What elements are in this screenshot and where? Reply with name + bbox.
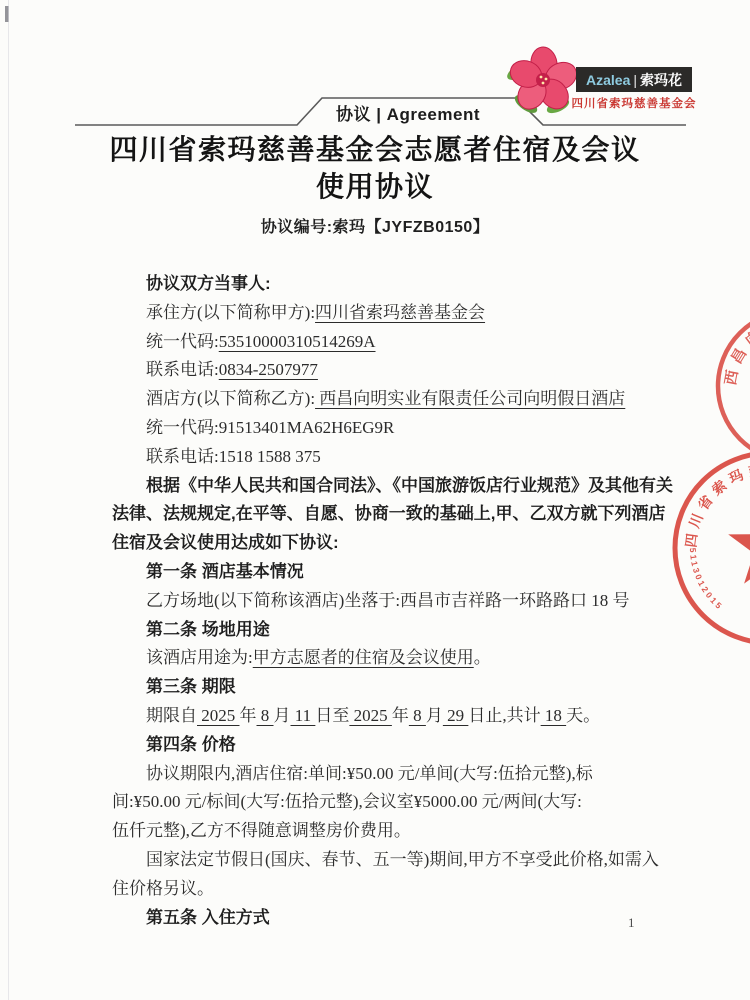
filled-blank: 18 xyxy=(541,706,567,725)
document-body: 协议双方当事人:承住方(以下简称甲方):四川省索玛慈善基金会统一代码:53510… xyxy=(112,270,666,932)
filled-blank: 53510000310514269A xyxy=(219,332,376,351)
body-line: 该酒店用途为:甲方志愿者的住宿及会议使用。 xyxy=(112,644,666,673)
foundation-seal-text: 四川省索玛慈善基金会 xyxy=(682,460,750,548)
filled-blank: 8 xyxy=(409,706,426,725)
body-text: 承住方(以下简称甲方): xyxy=(146,303,315,322)
body-line: 酒店方(以下简称乙方): 西昌向明实业有限责任公司向明假日酒店 xyxy=(112,385,666,414)
body-text: 住价格另议。 xyxy=(112,879,214,898)
body-line: 第二条 场地用途 xyxy=(112,616,666,645)
filled-blank: 8 xyxy=(257,706,274,725)
hotel-company-seal: 西昌向明实业有限责任公司 xyxy=(718,311,750,461)
body-line: 联系电话:0834-2507977 xyxy=(112,356,666,385)
seal-star-icon xyxy=(728,504,750,584)
body-line: 第三条 期限 xyxy=(112,673,666,702)
svg-text:5113012015: 5113012015 xyxy=(688,548,726,613)
logo-divider: | xyxy=(633,72,637,88)
body-line: 联系电话:1518 1588 375 xyxy=(112,443,666,472)
filled-blank: 2025 xyxy=(197,706,240,725)
body-line: 期限自 2025 年 8 月 11 日至 2025 年 8 月 29 日止,共计… xyxy=(112,702,666,731)
body-line: 住价格另议。 xyxy=(112,875,666,904)
body-line: 协议双方当事人: xyxy=(112,270,666,299)
svg-text:四川省索玛慈善基金会: 四川省索玛慈善基金会 xyxy=(682,460,750,548)
body-text: 期限自 xyxy=(146,706,197,725)
agreement-number: 协议编号:索玛【JYFZB0150】 xyxy=(0,214,750,237)
filled-blank: 西昌向明实业有限责任公司向明假日酒店 xyxy=(315,389,625,408)
body-text: 第三条 期限 xyxy=(146,677,236,696)
agreement-number-value: 索玛【JYFZB0150】 xyxy=(333,219,490,236)
hotel-seal-text: 西昌向明实业有限责任公司 xyxy=(722,314,750,454)
body-text: 协议双方当事人: xyxy=(146,274,271,293)
body-line: 第五条 入住方式 xyxy=(112,904,666,933)
filled-blank: 四川省索玛慈善基金会 xyxy=(315,303,485,322)
body-text: 日至 xyxy=(315,706,349,725)
filled-blank: 11 xyxy=(291,706,316,725)
filled-blank: 2025 xyxy=(349,706,392,725)
logo-brand-cn: 索玛花 xyxy=(640,70,682,90)
logo-org-name: 四川省索玛慈善基金会 xyxy=(570,95,698,111)
body-text: 国家法定节假日(国庆、春节、五一等)期间,甲方不享受此价格,如需入 xyxy=(146,850,659,869)
body-text: 日止,共计 xyxy=(468,706,540,725)
body-text: 第四条 价格 xyxy=(146,735,236,754)
document-title-line1: 四川省索玛慈善基金会志愿者住宿及会议 xyxy=(55,131,695,168)
body-text: 年 xyxy=(392,706,409,725)
body-line: 承住方(以下简称甲方):四川省索玛慈善基金会 xyxy=(112,299,666,328)
body-line: 法律、法规规定,在平等、自愿、协商一致的基础上,甲、乙双方就下列酒店 xyxy=(112,500,666,529)
svg-text:西昌向明实业有限责任公司: 西昌向明实业有限责任公司 xyxy=(722,314,750,454)
body-text: 统一代码: xyxy=(146,332,219,351)
body-text: 酒店方(以下简称乙方): xyxy=(146,389,315,408)
body-text: 第二条 场地用途 xyxy=(146,620,270,639)
foundation-seal: 四川省索玛慈善基金会 5113012015 xyxy=(675,453,750,643)
body-line: 乙方场地(以下简称该酒店)坐落于:西昌市吉祥路一环路路口 18 号 xyxy=(112,587,666,616)
body-text: 月 xyxy=(274,706,291,725)
body-text: 该酒店用途为: xyxy=(146,648,253,667)
foundation-seal-code: 5113012015 xyxy=(688,548,726,613)
body-text: 伍仟元整),乙方不得随意调整房价费用。 xyxy=(112,821,411,840)
filled-blank: 0834-2507977 xyxy=(219,360,318,379)
page-number: 1 xyxy=(628,915,635,931)
body-line: 统一代码:53510000310514269A xyxy=(112,328,666,357)
body-line: 协议期限内,酒店住宿:单间:¥50.00 元/单间(大写:伍拾元整),标 xyxy=(112,760,666,789)
body-line: 国家法定节假日(国庆、春节、五一等)期间,甲方不享受此价格,如需入 xyxy=(112,846,666,875)
banner-label: 协议 | Agreement xyxy=(300,100,516,125)
body-text: 乙方场地(以下简称该酒店)坐落于:西昌市吉祥路一环路路口 18 号 xyxy=(146,591,630,610)
body-line: 伍仟元整),乙方不得随意调整房价费用。 xyxy=(112,817,666,846)
body-text: 间:¥50.00 元/标间(大写:伍拾元整),会议室¥5000.00 元/两间(… xyxy=(112,792,582,811)
body-text: 第一条 酒店基本情况 xyxy=(146,562,304,581)
body-text: 住宿及会议使用达成如下协议: xyxy=(112,533,339,552)
body-text: 根据《中华人民共和国合同法》、《中国旅游饭店行业规范》及其他有关 xyxy=(146,476,673,495)
body-line: 统一代码:91513401MA62H6EG9R xyxy=(112,414,666,443)
logo-brand-en: Azalea xyxy=(586,72,630,88)
agreement-number-label: 协议编号: xyxy=(261,219,333,236)
logo-wordmark: Azalea|索玛花 xyxy=(576,67,692,92)
filled-blank: 29 xyxy=(443,706,469,725)
body-text: 月 xyxy=(426,706,443,725)
body-text: 联系电话:1518 1588 375 xyxy=(146,447,321,466)
body-text: 法律、法规规定,在平等、自愿、协商一致的基础上,甲、乙双方就下列酒店 xyxy=(112,504,665,523)
body-text: 。 xyxy=(474,648,491,667)
document-title-line2: 使用协议 xyxy=(55,168,695,205)
body-line: 住宿及会议使用达成如下协议: xyxy=(112,529,666,558)
body-text: 年 xyxy=(240,706,257,725)
body-line: 间:¥50.00 元/标间(大写:伍拾元整),会议室¥5000.00 元/两间(… xyxy=(112,788,666,817)
scan-artifact-edge xyxy=(8,0,9,1000)
filled-blank: 甲方志愿者的住宿及会议使用 xyxy=(253,648,474,667)
body-line: 第四条 价格 xyxy=(112,731,666,760)
body-text: 统一代码:91513401MA62H6EG9R xyxy=(146,418,394,437)
body-text: 联系电话: xyxy=(146,360,219,379)
document-page: 协议 | Agreement Azalea|索玛花 四川省索玛慈善基金会 四川省… xyxy=(0,0,750,1000)
body-line: 第一条 酒店基本情况 xyxy=(112,558,666,587)
document-title: 四川省索玛慈善基金会志愿者住宿及会议 使用协议 xyxy=(55,131,695,205)
body-text: 天。 xyxy=(566,706,600,725)
body-text: 第五条 入住方式 xyxy=(146,908,270,927)
body-text: 协议期限内,酒店住宿:单间:¥50.00 元/单间(大写:伍拾元整),标 xyxy=(146,764,593,783)
body-line: 根据《中华人民共和国合同法》、《中国旅游饭店行业规范》及其他有关 xyxy=(112,472,666,501)
